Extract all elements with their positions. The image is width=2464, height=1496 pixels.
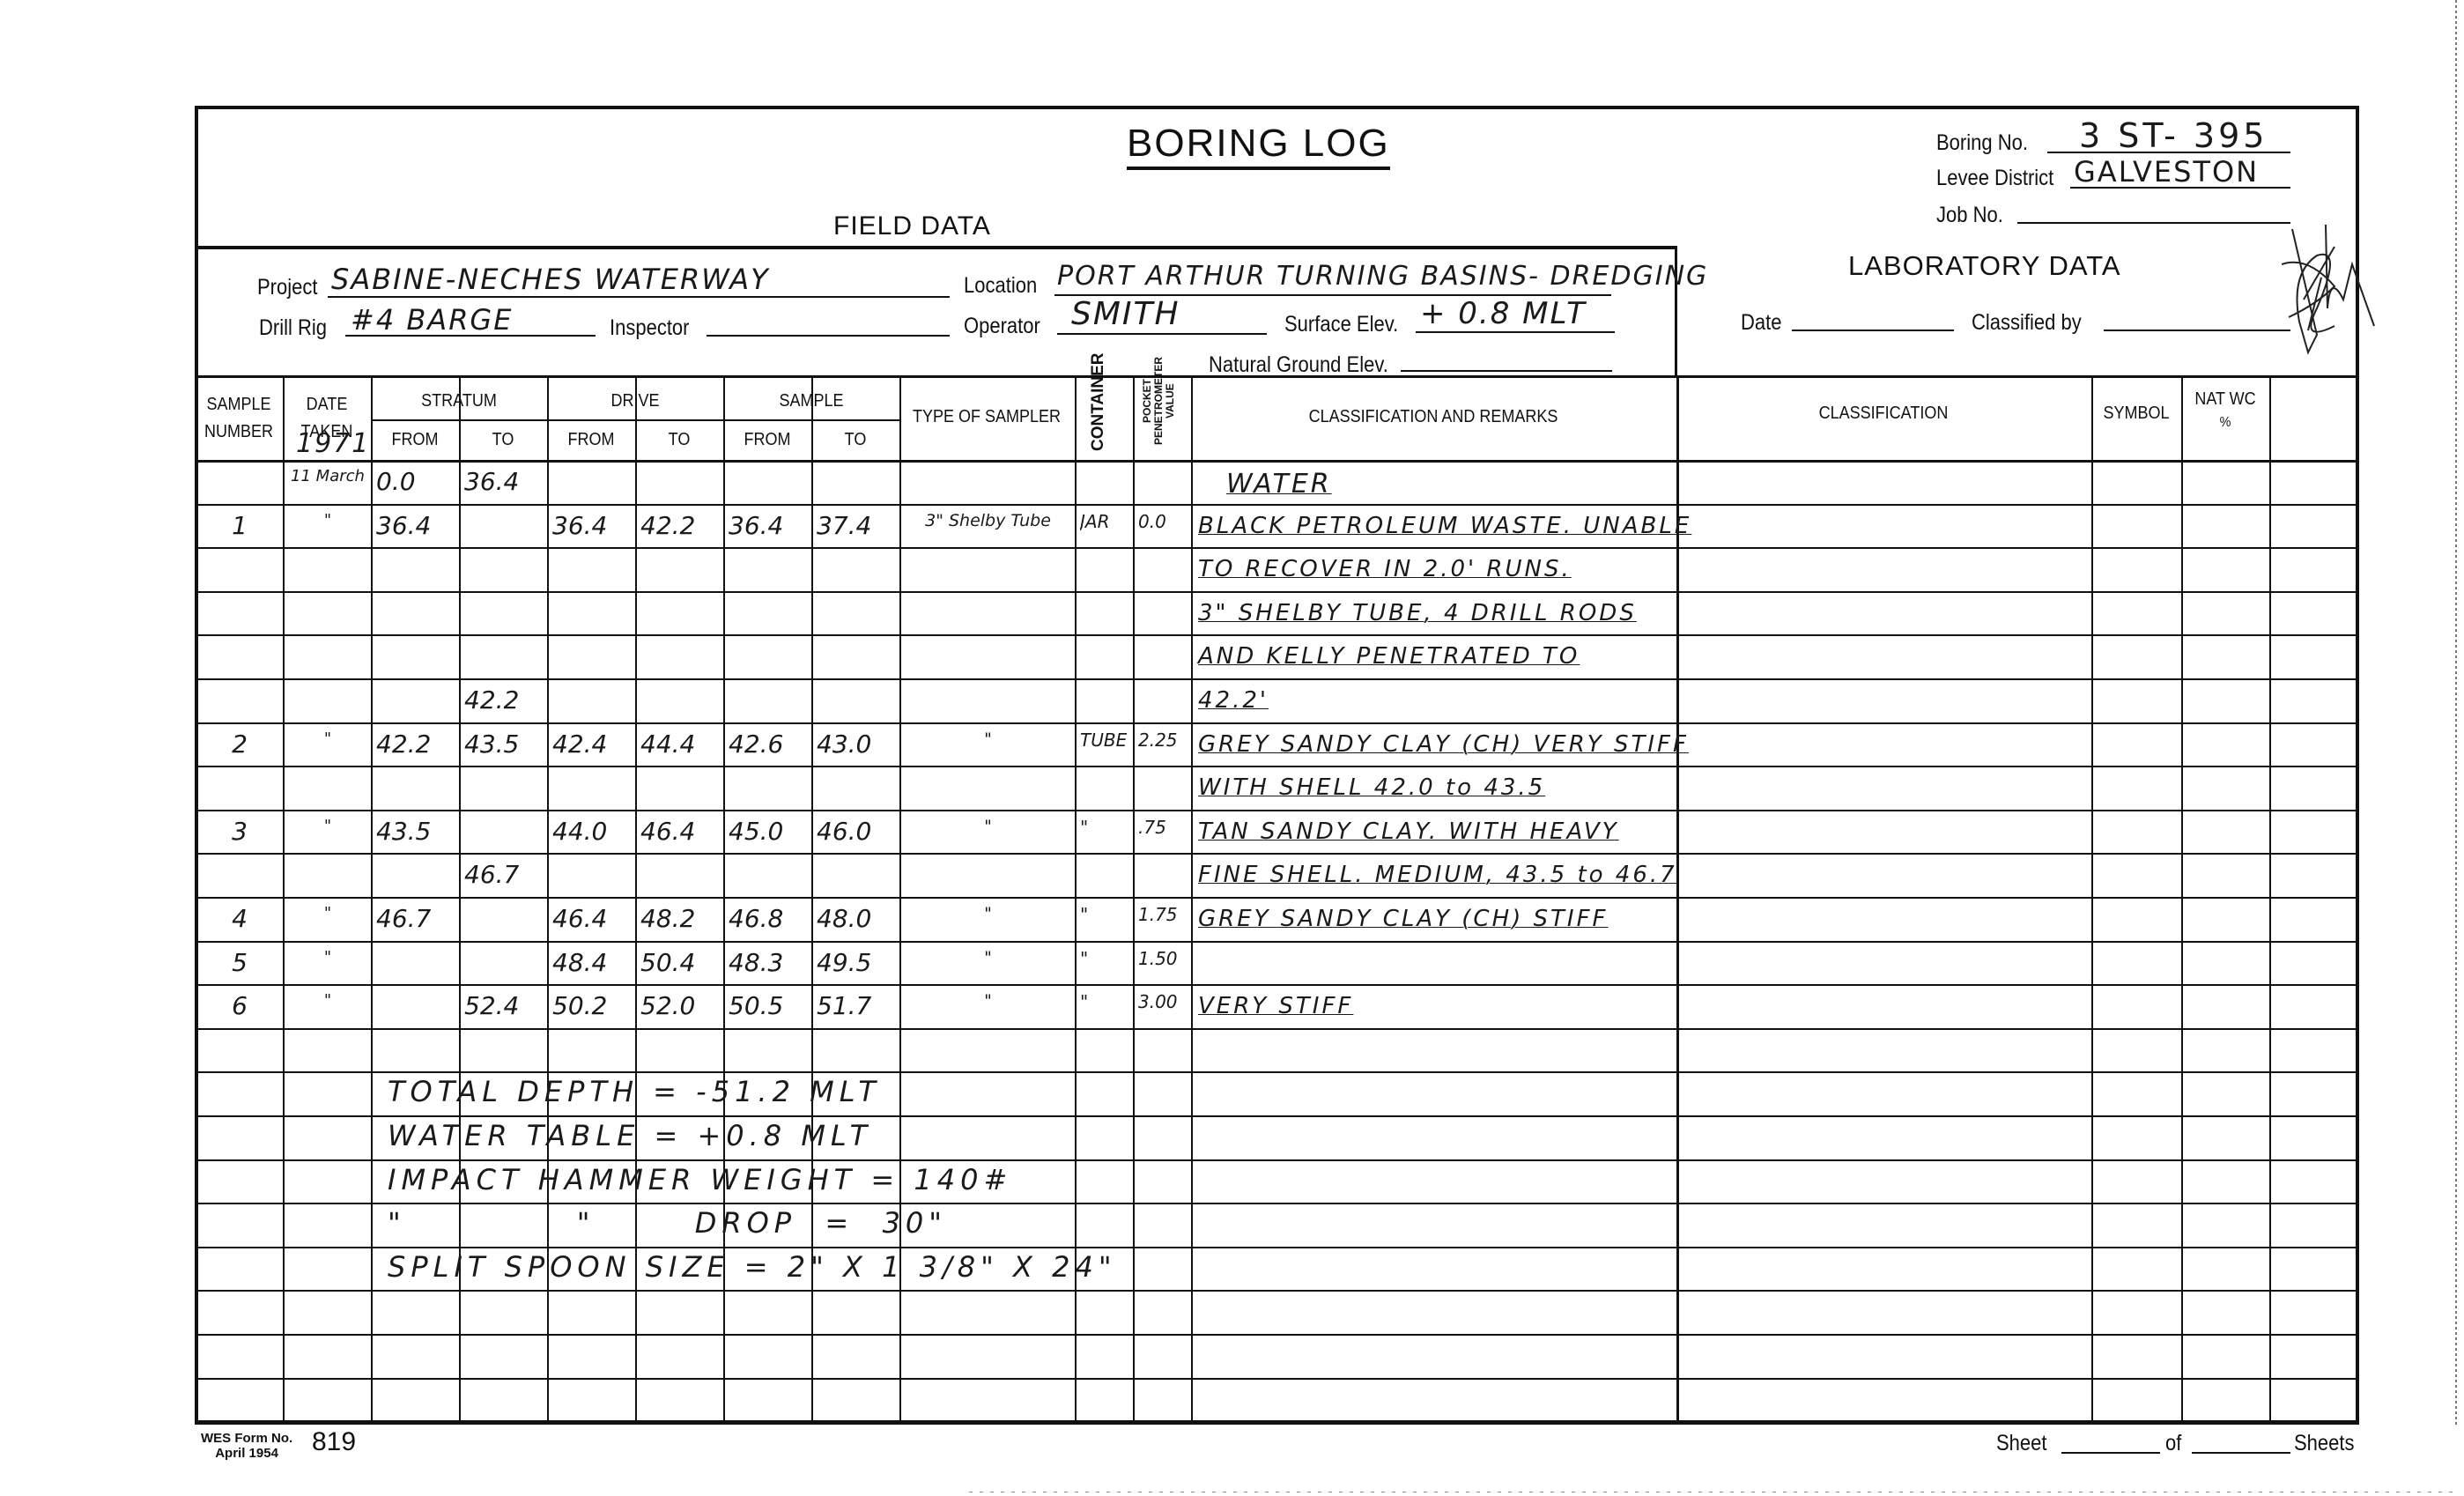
drive-from-cell[interactable]: 36.4 (552, 511, 632, 540)
field-note: IMPACT HAMMER WEIGHT = 140# (388, 1163, 1012, 1196)
laboratory-data-title: LABORATORY DATA (1848, 250, 2121, 282)
date-cell[interactable]: " (288, 817, 367, 835)
col-stratum-to: TO (463, 430, 543, 450)
signature-scribble-icon (2282, 220, 2396, 370)
stratum-to-cell[interactable]: 36.4 (464, 467, 544, 496)
lab-date-field[interactable] (1792, 330, 1954, 331)
natural-ground-elev-label: Natural Ground Elev. (1209, 352, 1388, 378)
col-classification: CLASSIFICATION (1698, 404, 2070, 424)
grid-line (195, 1378, 2357, 1380)
sample-from-cell[interactable]: 42.6 (729, 729, 808, 759)
date-cell[interactable]: 11 March (288, 467, 367, 485)
levee-district-label: Levee District (1936, 166, 2053, 191)
grid-line (195, 1159, 2357, 1161)
form-number: 819 (312, 1427, 356, 1457)
sampler-cell[interactable]: " (905, 991, 1071, 1011)
drive-to-cell[interactable]: 52.0 (640, 991, 720, 1020)
grid-line (283, 376, 285, 1422)
total-sheets-field[interactable] (2192, 1452, 2290, 1454)
stratum-to-cell[interactable]: 46.7 (464, 860, 544, 889)
grid-line (195, 1247, 2357, 1248)
sampler-cell[interactable]: " (905, 817, 1071, 836)
grid-line (195, 547, 2357, 549)
sample-from-cell[interactable]: 36.4 (729, 511, 808, 540)
grid-line (195, 1203, 2357, 1204)
grid-line (1133, 376, 1135, 1422)
grid-line (371, 419, 899, 421)
natural-ground-elev-field[interactable] (1401, 370, 1612, 372)
col-drive-from: FROM (551, 430, 631, 450)
container-cell[interactable]: " (1080, 904, 1129, 925)
container-cell[interactable]: " (1080, 948, 1129, 969)
drive-from-cell[interactable]: 50.2 (552, 991, 632, 1020)
project-field[interactable]: SABINE-NECHES WATERWAY (331, 263, 770, 296)
boring-no-label: Boring No. (1936, 130, 2028, 156)
stratum-to-cell[interactable]: 42.2 (464, 685, 544, 715)
grid-line (195, 504, 2357, 506)
sample-number-cell[interactable]: 3 (200, 817, 279, 846)
remarks-cell[interactable]: WATER (1226, 469, 1332, 500)
grid-line (195, 722, 2357, 724)
col-nat-wc: NAT WC% (2186, 389, 2265, 431)
form-label: WES Form No.April 1954 (201, 1431, 292, 1461)
pocket-value-cell[interactable]: 0.0 (1138, 511, 1188, 532)
sampler-cell[interactable]: 3" Shelby Tube (905, 511, 1071, 530)
remarks-cell[interactable]: 3" SHELBY TUBE, 4 DRILL RODS (1198, 600, 1637, 626)
drive-from-cell[interactable]: 42.4 (552, 729, 632, 759)
drive-from-cell[interactable]: 46.4 (552, 904, 632, 933)
sample-number-cell[interactable]: 4 (200, 904, 279, 933)
col-drive: DRIVE (556, 391, 714, 411)
project-label: Project (257, 275, 317, 300)
stratum-from-cell[interactable]: 36.4 (376, 511, 455, 540)
pocket-value-cell[interactable]: 1.50 (1138, 948, 1188, 969)
grid-line (195, 984, 2357, 986)
sample-to-cell[interactable]: 43.0 (817, 729, 896, 759)
job-no-field[interactable] (2017, 222, 2290, 224)
grid-line (2181, 376, 2183, 1422)
grid-line (195, 460, 2357, 463)
field-note: TOTAL DEPTH = -51.2 MLT (388, 1075, 881, 1108)
grid-line (195, 897, 2357, 899)
pocket-value-cell[interactable]: .75 (1138, 817, 1188, 838)
lab-date-label: Date (1741, 310, 1781, 336)
grid-line (2091, 376, 2093, 1422)
grid-line (195, 1334, 2357, 1336)
classified-by-label: Classified by (1972, 310, 2082, 336)
grid-line (195, 853, 2357, 855)
drive-from-cell[interactable]: 48.4 (552, 948, 632, 977)
sampler-cell[interactable]: " (905, 948, 1071, 967)
col-drive-to: TO (640, 430, 719, 450)
drive-to-cell[interactable]: 48.2 (640, 904, 720, 933)
stratum-to-cell[interactable]: 43.5 (464, 729, 544, 759)
remarks-cell[interactable]: TAN SANDY CLAY. WITH HEAVY (1198, 818, 1619, 845)
grid-line (195, 634, 2357, 636)
stratum-from-cell[interactable]: 46.7 (376, 904, 455, 933)
col-container: CONTAINER (1089, 359, 1108, 451)
sample-to-cell[interactable]: 51.7 (817, 991, 896, 1020)
col-classification-and-remarks: CLASSIFICATION AND REMARKS (1216, 407, 1652, 427)
container-cell[interactable]: " (1080, 817, 1129, 838)
job-no-label: Job No. (1936, 203, 2003, 228)
remarks-cell[interactable]: BLACK PETROLEUM WASTE. UNABLE (1198, 513, 1691, 539)
container-cell[interactable]: TUBE (1080, 729, 1129, 751)
inspector-label: Inspector (610, 315, 690, 341)
drive-to-cell[interactable]: 46.4 (640, 817, 720, 846)
grid-line (371, 376, 373, 1422)
col-sample-from: FROM (728, 430, 807, 450)
grid-line (195, 1028, 2357, 1030)
field-data-title: FIELD DATA (833, 211, 991, 241)
sample-to-cell[interactable]: 37.4 (817, 511, 896, 540)
drill-rig-label: Drill Rig (259, 315, 327, 341)
grid-line (195, 941, 2357, 943)
date-cell[interactable]: " (288, 904, 367, 922)
sampler-cell[interactable]: " (905, 904, 1071, 923)
page-title: BORING LOG (1127, 122, 1390, 166)
classified-by-field[interactable] (2104, 330, 2290, 331)
col-stratum: STRATUM (380, 391, 538, 411)
operator-label: Operator (964, 314, 1040, 339)
stratum-from-cell[interactable]: 0.0 (376, 467, 455, 496)
col-pocket-penetrometer: POCKETPENETROMETERVALUE (1142, 356, 1176, 446)
drive-to-cell[interactable]: 50.4 (640, 948, 720, 977)
sheet-number-field[interactable] (2061, 1452, 2160, 1454)
stratum-from-cell[interactable]: 42.2 (376, 729, 455, 759)
of-label: of (2165, 1431, 2181, 1456)
container-cell[interactable]: " (1080, 991, 1129, 1012)
col-sample-number: SAMPLENUMBER (199, 395, 278, 442)
sample-to-cell[interactable]: 48.0 (817, 904, 896, 933)
sample-to-cell[interactable]: 46.0 (817, 817, 896, 846)
scan-edge (2455, 0, 2457, 1427)
col-type-of-sampler: TYPE OF SAMPLER (908, 407, 1065, 427)
inspector-field[interactable] (707, 335, 950, 337)
container-cell[interactable]: JAR (1080, 511, 1129, 532)
sample-number-cell[interactable]: 2 (200, 729, 279, 759)
grid-line (195, 1071, 2357, 1073)
pocket-value-cell[interactable]: 1.75 (1138, 904, 1188, 925)
remarks-cell[interactable]: GREY SANDY CLAY (CH) VERY STIFF (1198, 731, 1689, 758)
pocket-value-cell[interactable]: 3.00 (1138, 991, 1188, 1012)
remarks-cell[interactable]: WITH SHELL 42.0 to 43.5 (1198, 774, 1545, 801)
field-note: WATER TABLE = +0.8 MLT (388, 1119, 872, 1152)
operator-field[interactable]: SMITH (1071, 296, 1180, 332)
sample-from-cell[interactable]: 45.0 (729, 817, 808, 846)
grid-line (195, 1421, 2357, 1423)
stratum-to-cell[interactable]: 52.4 (464, 991, 544, 1020)
remarks-cell[interactable]: AND KELLY PENETRATED TO (1198, 643, 1580, 670)
drive-to-cell[interactable]: 44.4 (640, 729, 720, 759)
surface-elev-field[interactable]: + 0.8 MLT (1420, 296, 1587, 331)
grid-line (195, 591, 2357, 593)
col-sample: SAMPLE (732, 391, 891, 411)
field-note: " " DROP = 30" (388, 1206, 947, 1240)
date-cell[interactable]: " (288, 948, 367, 966)
grid-line (1191, 376, 1193, 1422)
grid-line (195, 678, 2357, 680)
sample-from-cell[interactable]: 46.8 (729, 904, 808, 933)
grid-line (195, 766, 2357, 767)
drill-rig-field[interactable]: #4 BARGE (351, 303, 513, 337)
sheet-label: Sheet (1996, 1431, 2047, 1456)
sample-to-cell[interactable]: 49.5 (817, 948, 896, 977)
remarks-cell[interactable]: GREY SANDY CLAY (CH) STIFF (1198, 906, 1609, 932)
date-cell[interactable]: " (288, 729, 367, 748)
date-cell[interactable]: " (288, 511, 367, 530)
sample-from-cell[interactable]: 50.5 (729, 991, 808, 1020)
grid-line (195, 1115, 2357, 1117)
boring-no-field[interactable]: 3 ST- 395 (2079, 116, 2268, 155)
col-symbol: SYMBOL (2096, 404, 2177, 424)
sample-number-cell[interactable]: 6 (200, 991, 279, 1020)
sample-number-cell[interactable]: 1 (200, 511, 279, 540)
sample-from-cell[interactable]: 48.3 (729, 948, 808, 977)
remarks-cell[interactable]: FINE SHELL. MEDIUM, 43.5 to 46.7 (1198, 862, 1677, 888)
grid-line (195, 1290, 2357, 1292)
scan-edge-bottom (969, 1492, 2458, 1492)
surface-elev-label: Surface Elev. (1284, 312, 1398, 337)
col-stratum-from: FROM (375, 430, 455, 450)
pocket-value-cell[interactable]: 2.25 (1138, 729, 1188, 751)
field-note: SPLIT SPOON SIZE = 2" X 1 3/8" X 24" (388, 1250, 1117, 1284)
grid-line (195, 810, 2357, 811)
stratum-from-cell[interactable]: 43.5 (376, 817, 455, 846)
grid-line (2269, 376, 2271, 1422)
col-sample-to: TO (816, 430, 895, 450)
remarks-cell[interactable]: VERY STIFF (1198, 993, 1353, 1019)
location-field[interactable]: PORT ARTHUR TURNING BASINS- DREDGING (1057, 261, 1708, 292)
sample-number-cell[interactable]: 5 (200, 948, 279, 977)
levee-district-field[interactable]: GALVESTON (2074, 155, 2259, 189)
drive-from-cell[interactable]: 44.0 (552, 817, 632, 846)
remarks-cell[interactable]: TO RECOVER IN 2.0' RUNS. (1198, 556, 1572, 582)
remarks-cell[interactable]: 42.2' (1198, 687, 1269, 714)
drive-to-cell[interactable]: 42.2 (640, 511, 720, 540)
date-year: 1971 (296, 428, 370, 459)
sampler-cell[interactable]: " (905, 729, 1071, 749)
sheets-label: Sheets (2294, 1431, 2355, 1456)
location-label: Location (964, 273, 1037, 299)
date-cell[interactable]: " (288, 991, 367, 1010)
